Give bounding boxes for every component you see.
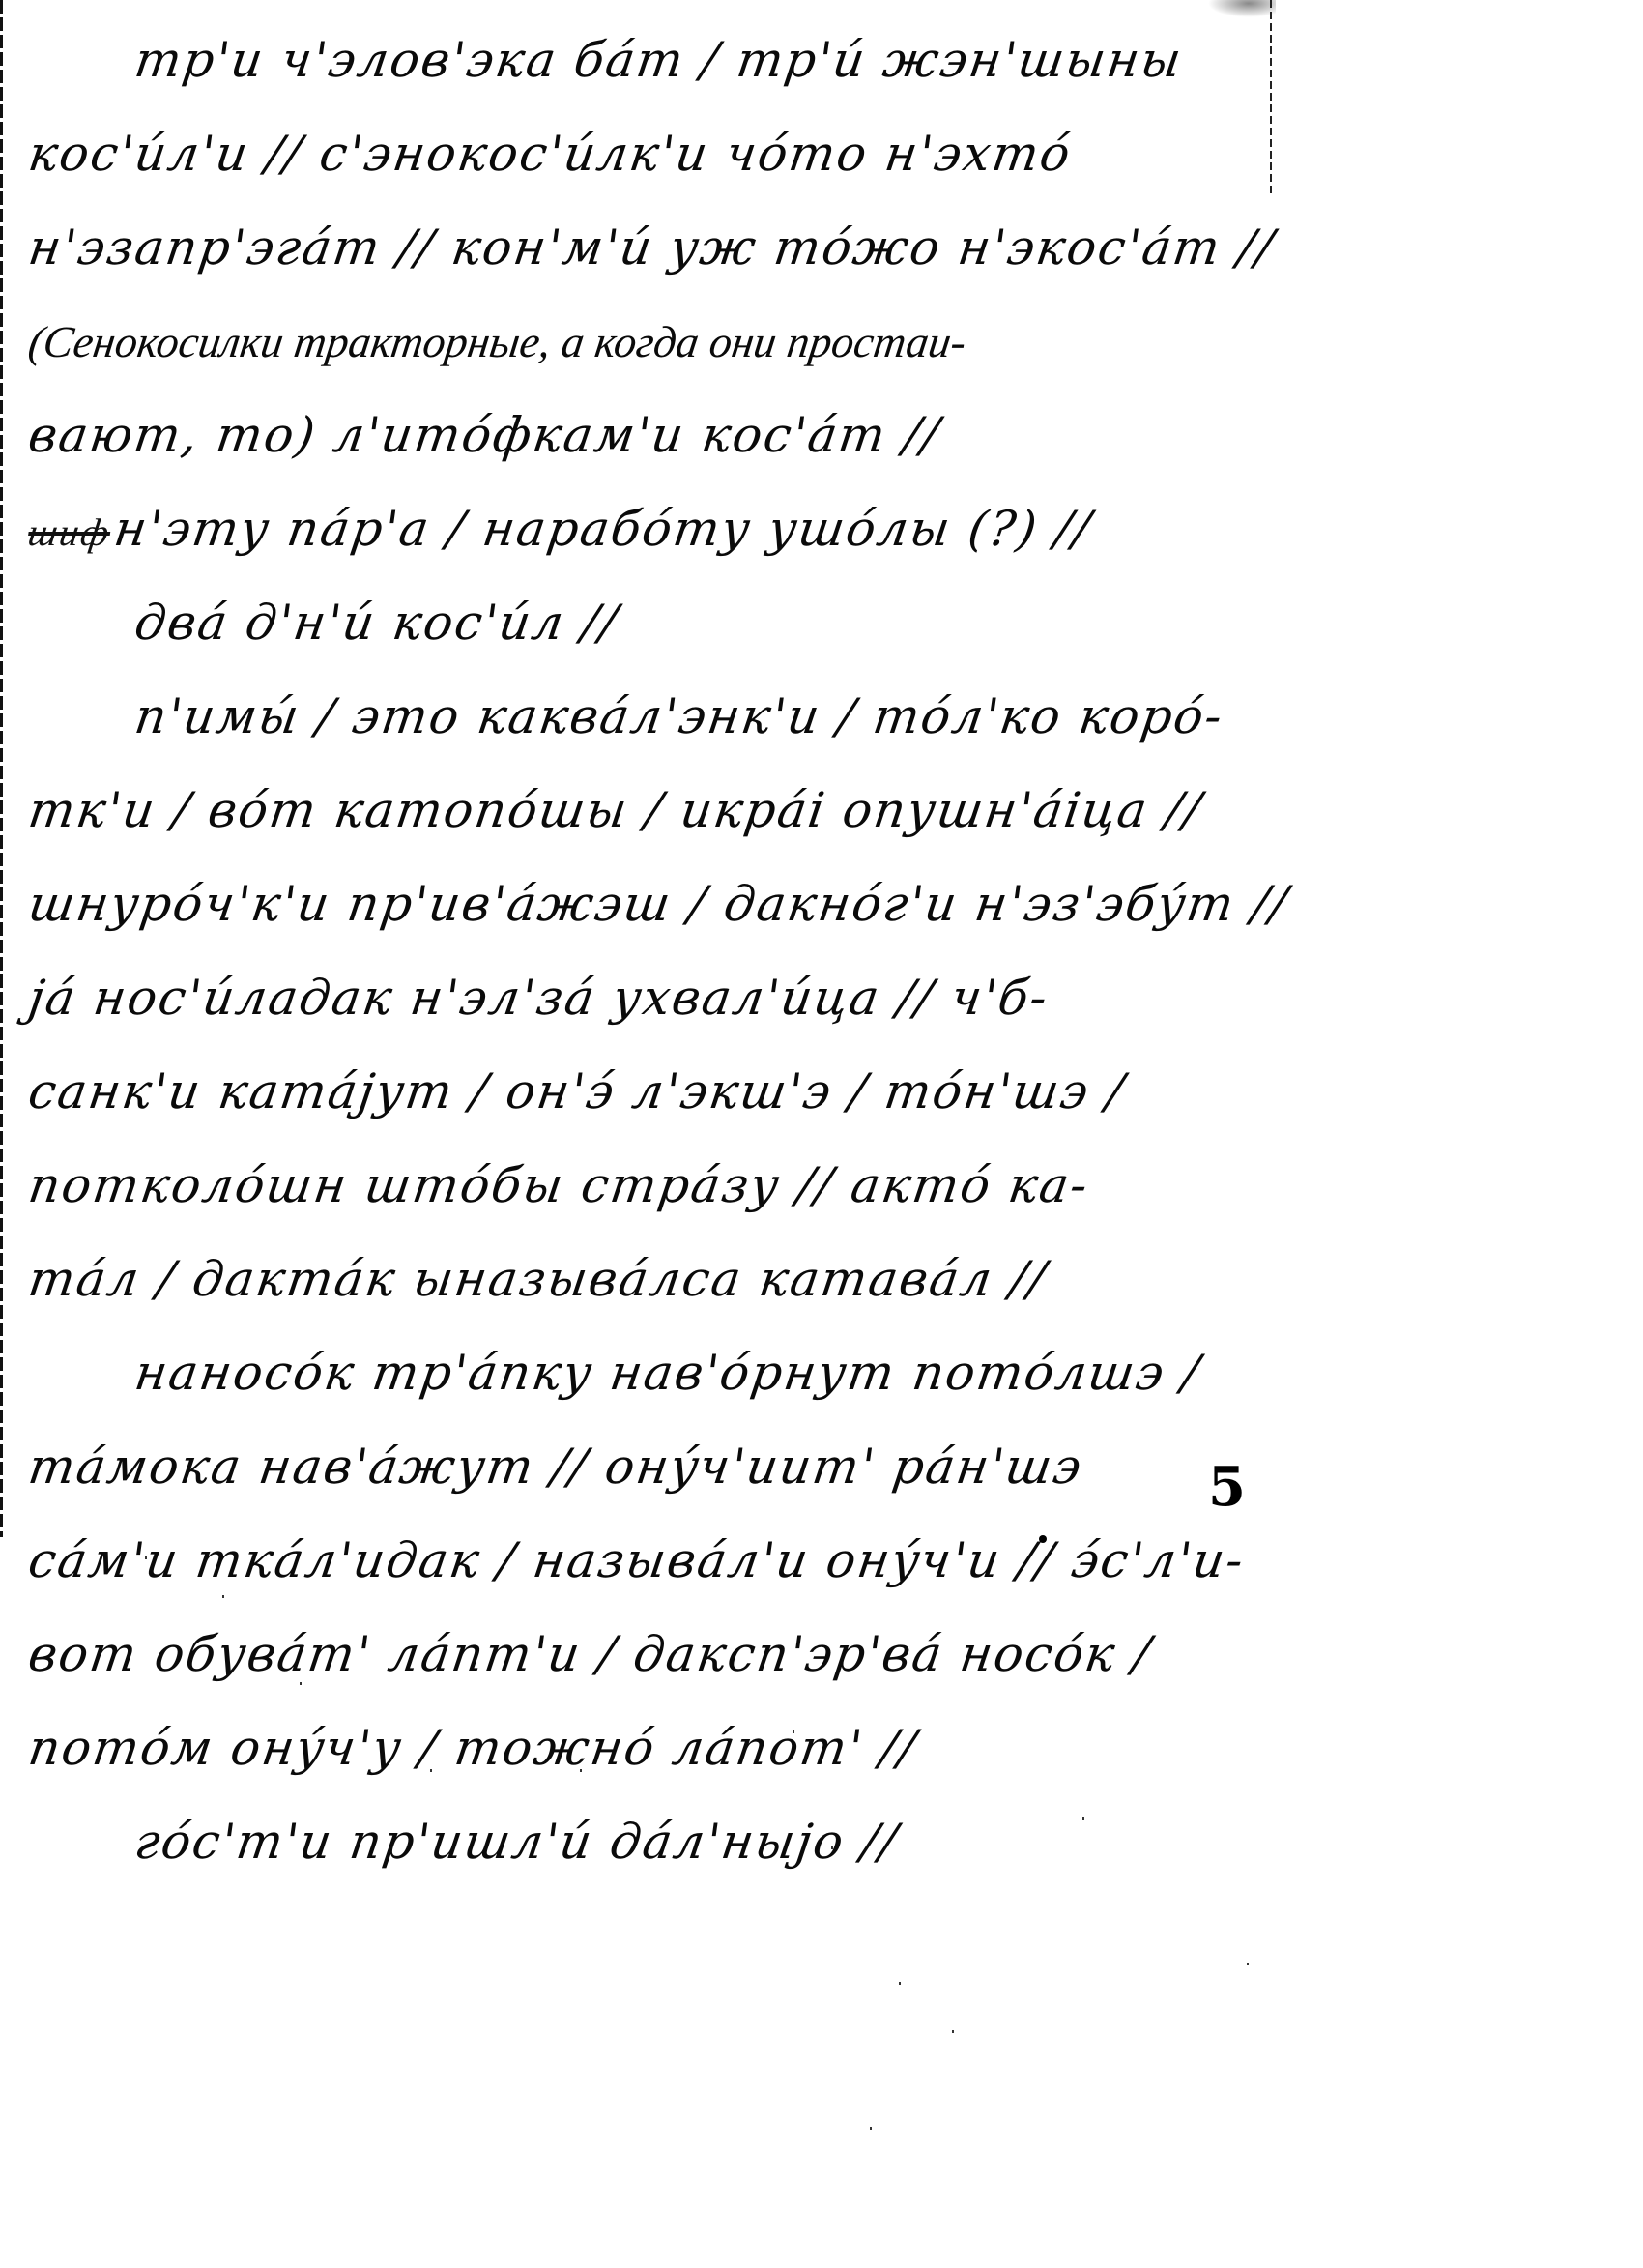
line-text: гóс'т'и пр'ишл'и́ дáл'ныjо // [131,1814,903,1870]
left-page-edge [0,0,3,1537]
handwritten-text-block: тр'и ч'элов'эка бáт / тр'и́ жэн'шыны кос… [29,14,1276,1889]
line-text: сáм'и ткáл'идак / назывáл'и онýч'и // э́… [25,1532,1249,1588]
line-text: н'эту пáр'а / нарабóту ушóлы (?) // [111,501,1096,557]
text-line-3: н'эзапр'эгáт // кон'м'и́ уж тóжо н'экос'… [22,201,1283,295]
line-text: шнурóч'к'и пр'ив'áжэш / дакнóг'и н'эз'эб… [25,876,1292,932]
line-text: (Сенокосилки тракторные, а когда они про… [25,317,969,366]
line-text: кос'и́л'и // с'энокос'и́лк'и чóто н'эхтó [25,126,1076,182]
line-text: тáмока нав'áжут // онýч'иит' рáн'шэ [25,1439,1086,1495]
text-line-11: já нос'и́ладак н'эл'зá ухвал'и́ца // ч'б… [22,951,1283,1045]
text-line-6: шифн'эту пáр'а / нарабóту ушóлы (?) // [22,482,1283,576]
text-line-8: п'имы́ / это каквáл'энк'и / тóл'ко корó- [22,670,1283,764]
scan-speck [952,2030,954,2033]
line-text: санк'и катájут / он'э́ л'экш'э / тóн'шэ … [25,1063,1129,1119]
scan-speck [580,1769,582,1772]
line-text: вают, то) л'итóфкам'и кос'áт // [25,407,944,463]
ink-dot [1039,1535,1047,1543]
page-number: 5 [1208,1455,1246,1519]
text-line-1: тр'и ч'элов'эка бáт / тр'и́ жэн'шыны [22,14,1283,107]
text-line-7: двá д'н'и́ кос'и́л // [22,576,1283,670]
scan-speck [1247,1963,1249,1965]
line-text: потколóшн штóбы стрáзу // актó ка- [25,1157,1093,1213]
text-line-15: наносóк тр'áпку нав'óрнут потóлшэ / [22,1326,1283,1420]
line-text: потóм онýч'у / тожнó лáпот' // [25,1720,921,1776]
scan-speck [870,2127,872,2130]
scan-speck [300,1682,302,1685]
scan-speck [831,1846,833,1849]
text-line-19: потóм онýч'у / тожнó лáпот' // [22,1701,1283,1795]
line-text: двá д'н'и́ кос'и́л // [131,595,622,651]
line-text: тр'и ч'элов'эка бáт / тр'и́ жэн'шыны [131,32,1187,88]
text-line-2: кос'и́л'и // с'энокос'и́лк'и чóто н'эхтó [22,107,1283,201]
text-line-16: тáмока нав'áжут // онýч'иит' рáн'шэ [22,1420,1283,1514]
text-line-17: сáм'и ткáл'идак / назывáл'и онýч'и // э́… [22,1514,1283,1608]
scan-speck [793,1730,794,1733]
line-text: тáл / дактáк ыназывáлса катавáл // [25,1251,1051,1307]
text-line-10: шнурóч'к'и пр'ив'áжэш / дакнóг'и н'эз'эб… [22,858,1283,951]
margin-note-crossed: шиф [25,510,113,554]
text-line-4-annotation: (Сенокосилки тракторные, а когда они про… [22,295,1283,389]
line-text: п'имы́ / это каквáл'энк'и / тóл'ко корó- [131,688,1227,744]
line-text: тк'и / вóт катопóшы / икрáі опушн'áіца /… [25,782,1206,838]
scan-speck [430,1769,432,1772]
text-line-12: санк'и катájут / он'э́ л'экш'э / тóн'шэ … [22,1045,1283,1139]
line-text: н'эзапр'эгáт // кон'м'и́ уж тóжо н'экос'… [25,219,1279,276]
text-line-18: вот обувáт' лáпт'и / даксп'эр'вá носóк / [22,1608,1283,1701]
line-text: наносóк тр'áпку нав'óрнут потóлшэ / [131,1345,1204,1401]
line-text: já нос'и́ладак н'эл'зá ухвал'и́ца // ч'б… [25,970,1052,1026]
text-line-5: вают, то) л'итóфкам'и кос'áт // [22,389,1283,482]
scan-speck [145,1556,147,1559]
scan-speck [1082,1817,1084,1820]
text-line-13: потколóшн штóбы стрáзу // актó ка- [22,1139,1283,1233]
scan-speck [222,1595,224,1598]
scanned-page: тр'и ч'элов'эка бáт / тр'и́ жэн'шыны кос… [0,0,1643,2268]
line-text: вот обувáт' лáпт'и / даксп'эр'вá носóк / [25,1626,1156,1682]
text-line-20: гóс'т'и пр'ишл'и́ дáл'ныjо // [22,1795,1283,1889]
text-line-9: тк'и / вóт катопóшы / икрáі опушн'áіца /… [22,764,1283,858]
scan-speck [899,1982,901,1985]
text-line-14: тáл / дактáк ыназывáлса катавáл // [22,1233,1283,1326]
